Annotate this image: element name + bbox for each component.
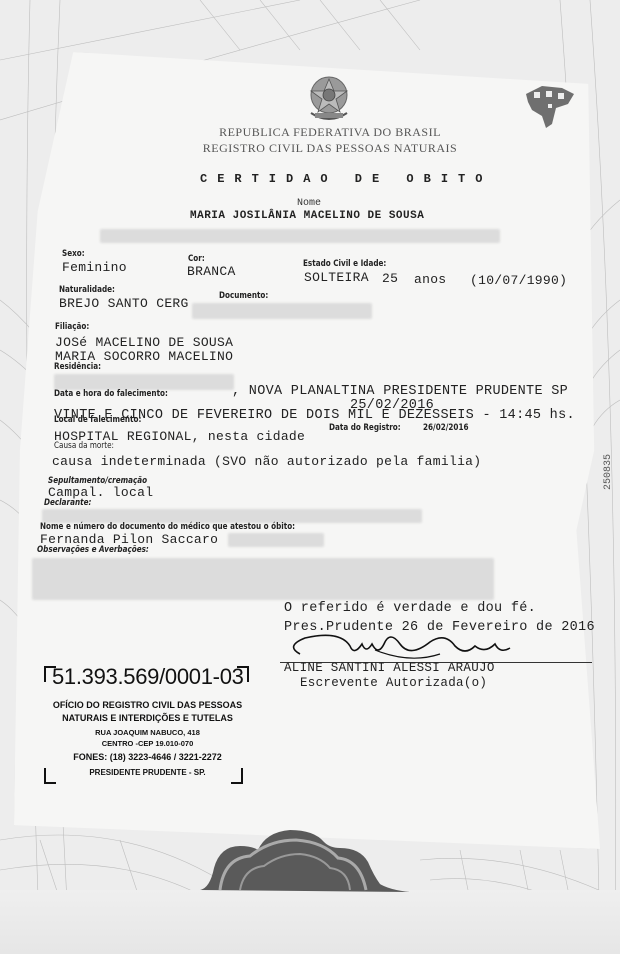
sexo-value: Feminino [62, 260, 127, 275]
documento-label: Documento: [219, 291, 268, 301]
residencia-label: Residência: [54, 362, 101, 372]
redacted-area [100, 229, 500, 243]
birth-date: (10/07/1990) [470, 273, 567, 288]
estado-civil-status: SOLTEIRA [304, 270, 369, 285]
serial-number-fragment: 250835 [603, 454, 614, 490]
signer-name: ALINE SANTINI ALESSI ARAUJO [284, 661, 495, 675]
registry-office-stamp: 51.393.569/0001-03 OFÍCIO DO REGISTRO CI… [40, 662, 255, 784]
age-unit: anos [414, 272, 446, 287]
local-label: Local de falecimento: [54, 415, 141, 425]
redacted-area [54, 374, 234, 390]
filiacao-label: Filiação: [55, 322, 89, 332]
brazil-coat-of-arms-icon [303, 73, 355, 125]
medico-label: Nome e número do documento do médico que… [40, 522, 295, 532]
residencia-value: , NOVA PLANALTINA PRESIDENTE PRUDENTE SP [232, 384, 568, 399]
causa-label: Causa da morte: [54, 441, 114, 451]
data-registro-value: 26/02/2016 [423, 423, 469, 433]
cor-value: BRANCA [187, 264, 236, 279]
data-registro-label: Data do Registro: [329, 423, 401, 433]
estado-civil-label: Estado Civil e Idade: [303, 259, 386, 269]
stamp-office-line2: NATURAIS E INTERDIÇÕES E TUTELAS [40, 713, 255, 723]
stamp-city: PRESIDENTE PRUDENTE - SP. [40, 768, 255, 777]
naturalidade-label: Naturalidade: [59, 285, 115, 295]
stamp-bracket [44, 768, 56, 784]
stamp-phones: FONES: (18) 3223-4646 / 3221-2272 [40, 752, 255, 762]
header-republic: REPUBLICA FEDERATIVA DO BRASIL [0, 125, 620, 140]
stamp-bracket [231, 768, 243, 784]
brazil-map-security-mark-icon [522, 84, 578, 130]
stamp-address1: RUA JOAQUIM NABUCO, 418 [40, 728, 255, 737]
age-value: 25 [382, 271, 398, 286]
name-label: Nome [297, 198, 321, 209]
redacted-area [42, 509, 422, 523]
attestation-line1: O referido é verdade e dou fé. [284, 601, 536, 616]
observacoes-label: Observações e Averbações: [37, 545, 149, 555]
signer-role: Escrevente Autorizada(o) [300, 676, 487, 690]
causa-value: causa indeterminada (SVO não autorizado … [52, 454, 481, 469]
father-name: JOSé MACELINO DE SOUSA [55, 335, 233, 350]
cor-label: Cor: [188, 254, 205, 264]
stamp-office-line1: OFÍCIO DO REGISTRO CIVIL DAS PESSOAS [40, 700, 255, 710]
stamp-address2: CENTRO -CEP 19.010-070 [40, 739, 255, 748]
naturalidade-value: BREJO SANTO CERG [59, 296, 189, 311]
name-value: MARIA JOSILÂNIA MACELINO DE SOUSA [190, 210, 424, 222]
document-title: CERTIDAO DE OBITO [200, 172, 492, 186]
header-registry: REGISTRO CIVIL DAS PESSOAS NATURAIS [0, 141, 620, 156]
falecimento-label: Data e hora do falecimento: [54, 389, 168, 399]
sexo-label: Sexo: [62, 249, 85, 259]
stamp-cnpj: 51.393.569/0001-03 [52, 664, 244, 690]
table-surface [0, 890, 620, 954]
redacted-area [228, 533, 324, 547]
redacted-area [192, 303, 372, 319]
embossed-seal-icon [200, 828, 410, 894]
declarante-label: Declarante: [44, 498, 91, 508]
redacted-area [32, 558, 494, 600]
